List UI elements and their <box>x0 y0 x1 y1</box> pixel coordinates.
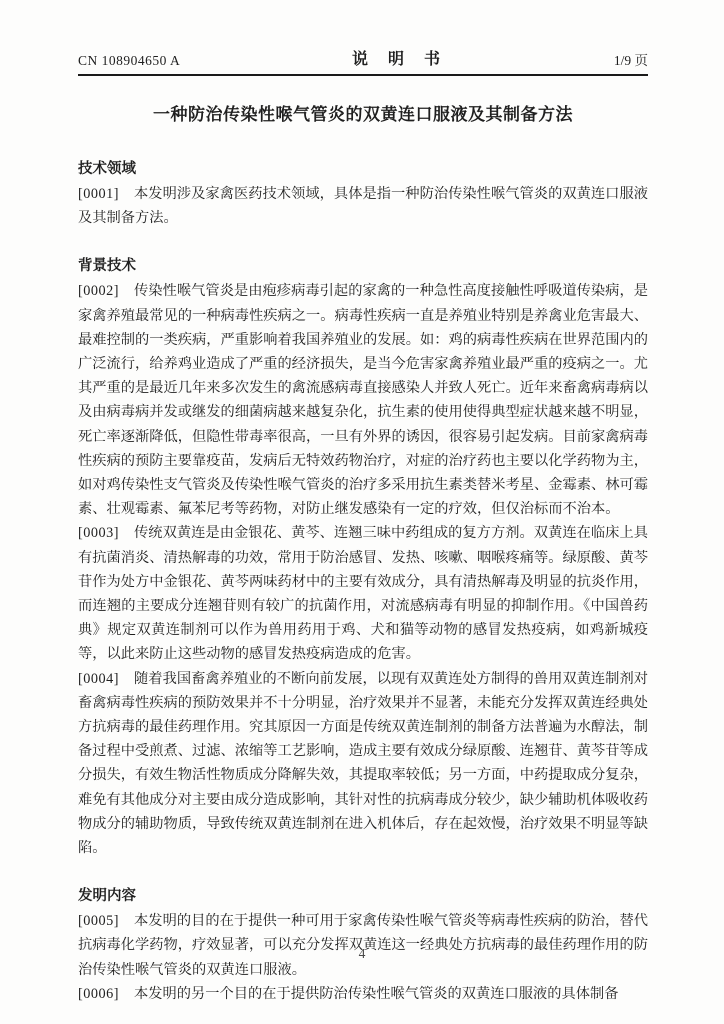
section-heading: 技术领域 <box>78 157 648 181</box>
paragraph-text: 随着我国畜禽养殖业的不断向前发展，以现有双黄连处方制得的兽用双黄连制剂对畜禽病毒… <box>78 671 648 856</box>
paragraph-number-tag: [0006] <box>78 982 134 1006</box>
invention-title: 一种防治传染性喉气管炎的双黄连口服液及其制备方法 <box>78 100 648 125</box>
paragraph-text: 本发明的另一个目的在于提供防治传染性喉气管炎的双黄连口服液的具体制备 <box>134 986 619 1002</box>
document-number: CN 108904650 A <box>78 53 180 69</box>
section-paragraphs: [0002]传染性喉气管炎是由疱疹病毒引起的家禽的一种急性高度接触性呼吸道传染病… <box>78 279 648 860</box>
patent-specification-page: CN 108904650 A 说 明 书 1/9 页 一种防治传染性喉气管炎的双… <box>0 0 724 1024</box>
section-heading: 发明内容 <box>78 884 648 908</box>
paragraph-number-tag: [0004] <box>78 667 134 691</box>
document-body: 技术领域 [0001]本发明涉及家禽医药技术领域，具体是指一种防治传染性喉气管炎… <box>78 157 648 1006</box>
paragraph-number-tag: [0002] <box>78 279 134 303</box>
document-section: 技术领域 [0001]本发明涉及家禽医药技术领域，具体是指一种防治传染性喉气管炎… <box>78 157 648 230</box>
paragraph-text: 传染性喉气管炎是由疱疹病毒引起的家禽的一种急性高度接触性呼吸道传染病，是家禽养殖… <box>78 283 648 517</box>
numbered-paragraph: [0004]随着我国畜禽养殖业的不断向前发展，以现有双黄连处方制得的兽用双黄连制… <box>78 667 648 861</box>
numbered-paragraph: [0003]传统双黄连是由金银花、黄芩、连翘三味中药组成的复方方剂。双黄连在临床… <box>78 521 648 666</box>
paragraph-number-tag: [0001] <box>78 182 134 206</box>
sheet-indicator: 1/9 页 <box>614 49 648 69</box>
section-paragraphs: [0001]本发明涉及家禽医药技术领域，具体是指一种防治传染性喉气管炎的双黄连口… <box>78 182 648 230</box>
numbered-paragraph: [0002]传染性喉气管炎是由疱疹病毒引起的家禽的一种急性高度接触性呼吸道传染病… <box>78 279 648 521</box>
document-type-label: 说 明 书 <box>352 46 442 69</box>
numbered-paragraph: [0001]本发明涉及家禽医药技术领域，具体是指一种防治传染性喉气管炎的双黄连口… <box>78 182 648 230</box>
paragraph-number-tag: [0003] <box>78 521 134 545</box>
page-number: 4 <box>0 946 724 962</box>
paragraph-text: 本发明涉及家禽医药技术领域，具体是指一种防治传染性喉气管炎的双黄连口服液及其制备… <box>78 186 648 226</box>
numbered-paragraph: [0006]本发明的另一个目的在于提供防治传染性喉气管炎的双黄连口服液的具体制备 <box>78 982 648 1006</box>
section-heading: 背景技术 <box>78 254 648 278</box>
page-header: CN 108904650 A 说 明 书 1/9 页 <box>78 46 648 76</box>
document-section: 背景技术 [0002]传染性喉气管炎是由疱疹病毒引起的家禽的一种急性高度接触性呼… <box>78 254 648 860</box>
paragraph-text: 传统双黄连是由金银花、黄芩、连翘三味中药组成的复方方剂。双黄连在临床上具有抗菌消… <box>78 525 648 662</box>
paragraph-number-tag: [0005] <box>78 909 134 933</box>
